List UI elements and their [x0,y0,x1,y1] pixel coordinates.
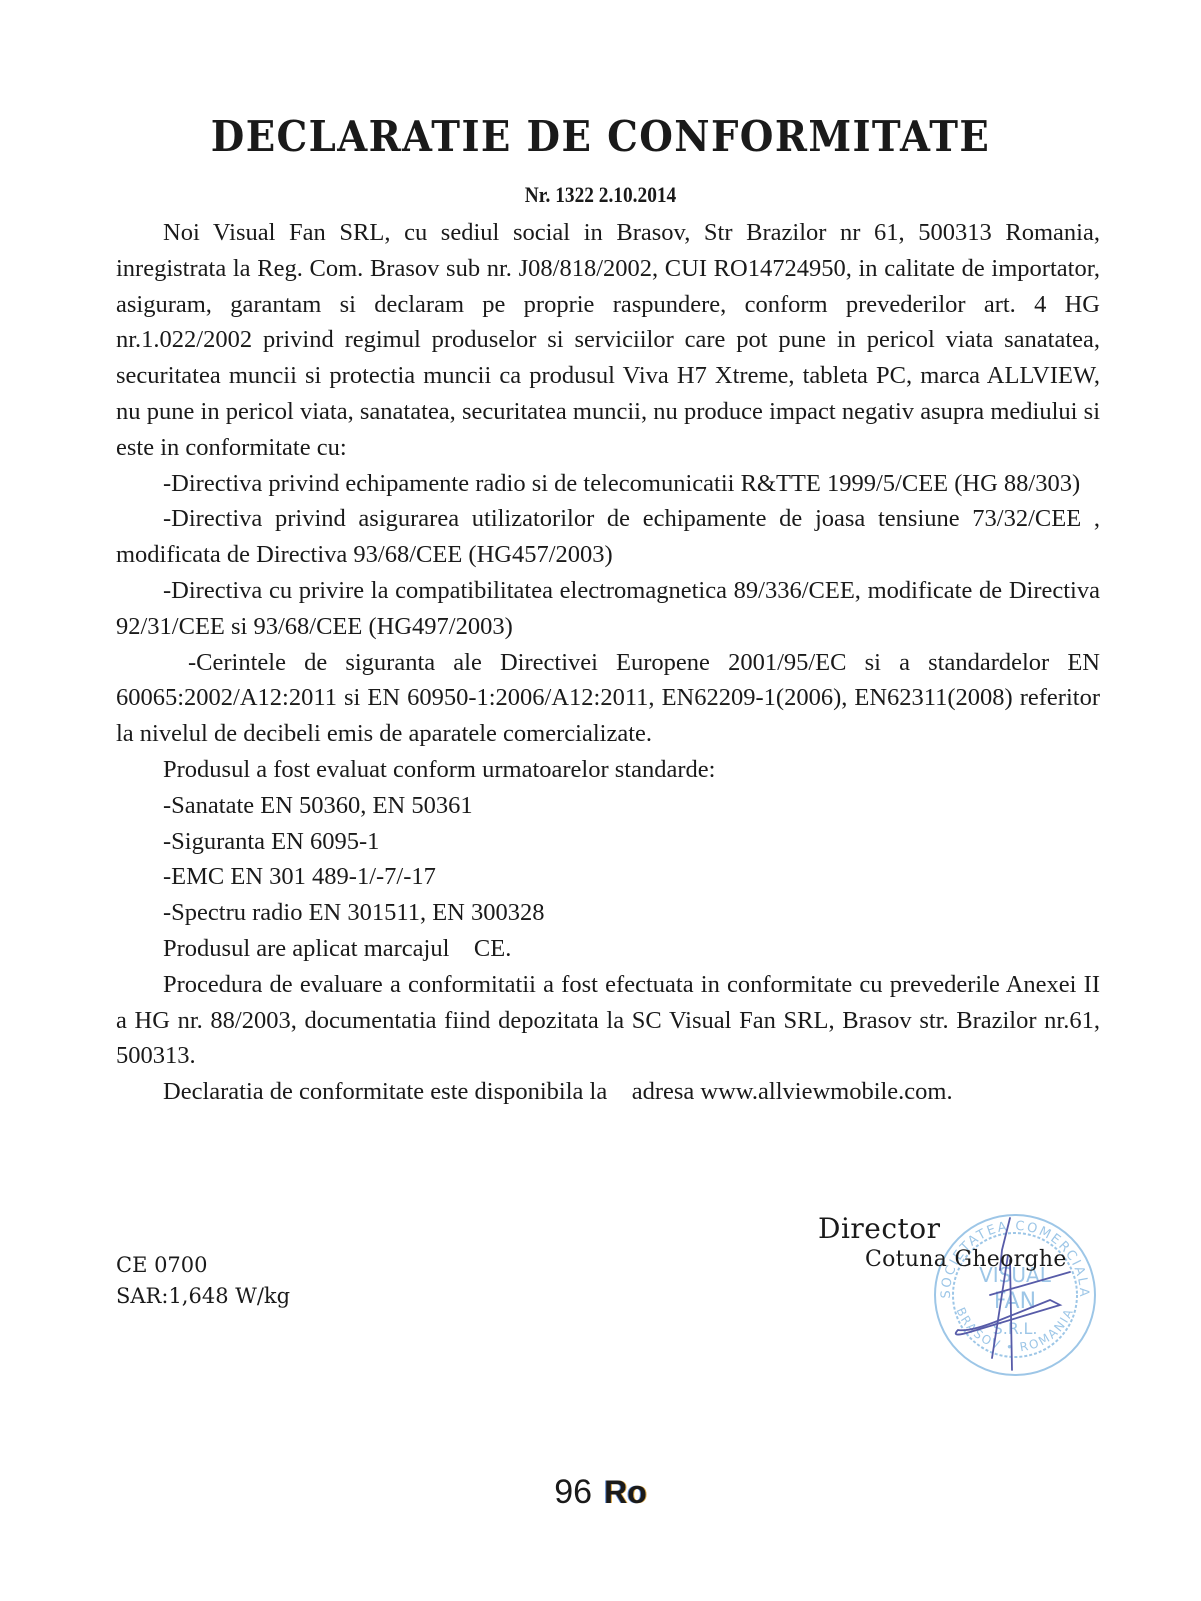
declaration-page: DECLARATIE DE CONFORMITATE Nr. 1322 2.10… [0,0,1201,1601]
page-title: DECLARATIE DE CONFORMITATE [48,112,1153,162]
company-stamp-icon: SOCIETATEA COMERCIALA BRASOV • ROMANIA V… [930,1210,1100,1380]
procedure-paragraph: Procedura de evaluare a conformitatii a … [116,967,1100,1074]
directive-emc: -Directiva cu privire la compatibilitate… [116,573,1100,645]
standard-item: -Sanatate EN 50360, EN 50361 [116,788,1100,824]
language-code: Ro [604,1474,647,1510]
safety-requirements: -Cerintele de siguranta ale Directivei E… [116,645,1100,752]
ce-marking-statement: Produsul are aplicat marcajul CE. [116,931,1100,967]
signatory-name: Cotuna Gheorghe [865,1246,1067,1274]
standard-item: -Siguranta EN 6095-1 [116,824,1100,860]
certifications: CE 0700 SAR:1,648 W/kg [116,1250,290,1312]
standard-item: -EMC EN 301 489-1/-7/-17 [116,859,1100,895]
availability-statement: Declaratia de conformitate este disponib… [116,1074,1100,1110]
directive-rtte: -Directiva privind echipamente radio si … [116,466,1100,502]
intro-paragraph: Noi Visual Fan SRL, cu sediul social in … [116,215,1100,466]
svg-text:S.R.L.: S.R.L. [993,1319,1038,1338]
ce-code: CE 0700 [116,1250,290,1281]
standards-intro: Produsul a fost evaluat conform urmatoar… [116,752,1100,788]
sar-value: SAR:1,648 W/kg [116,1281,290,1312]
standard-item: -Spectru radio EN 301511, EN 300328 [116,895,1100,931]
document-number: Nr. 1322 2.10.2014 [72,181,1129,209]
page-number: 96 [554,1473,592,1511]
declaration-body: Noi Visual Fan SRL, cu sediul social in … [116,215,1100,1110]
directive-low-voltage: -Directiva privind asigurarea utilizator… [116,501,1100,573]
page-footer: 96Ro [0,1472,1201,1513]
